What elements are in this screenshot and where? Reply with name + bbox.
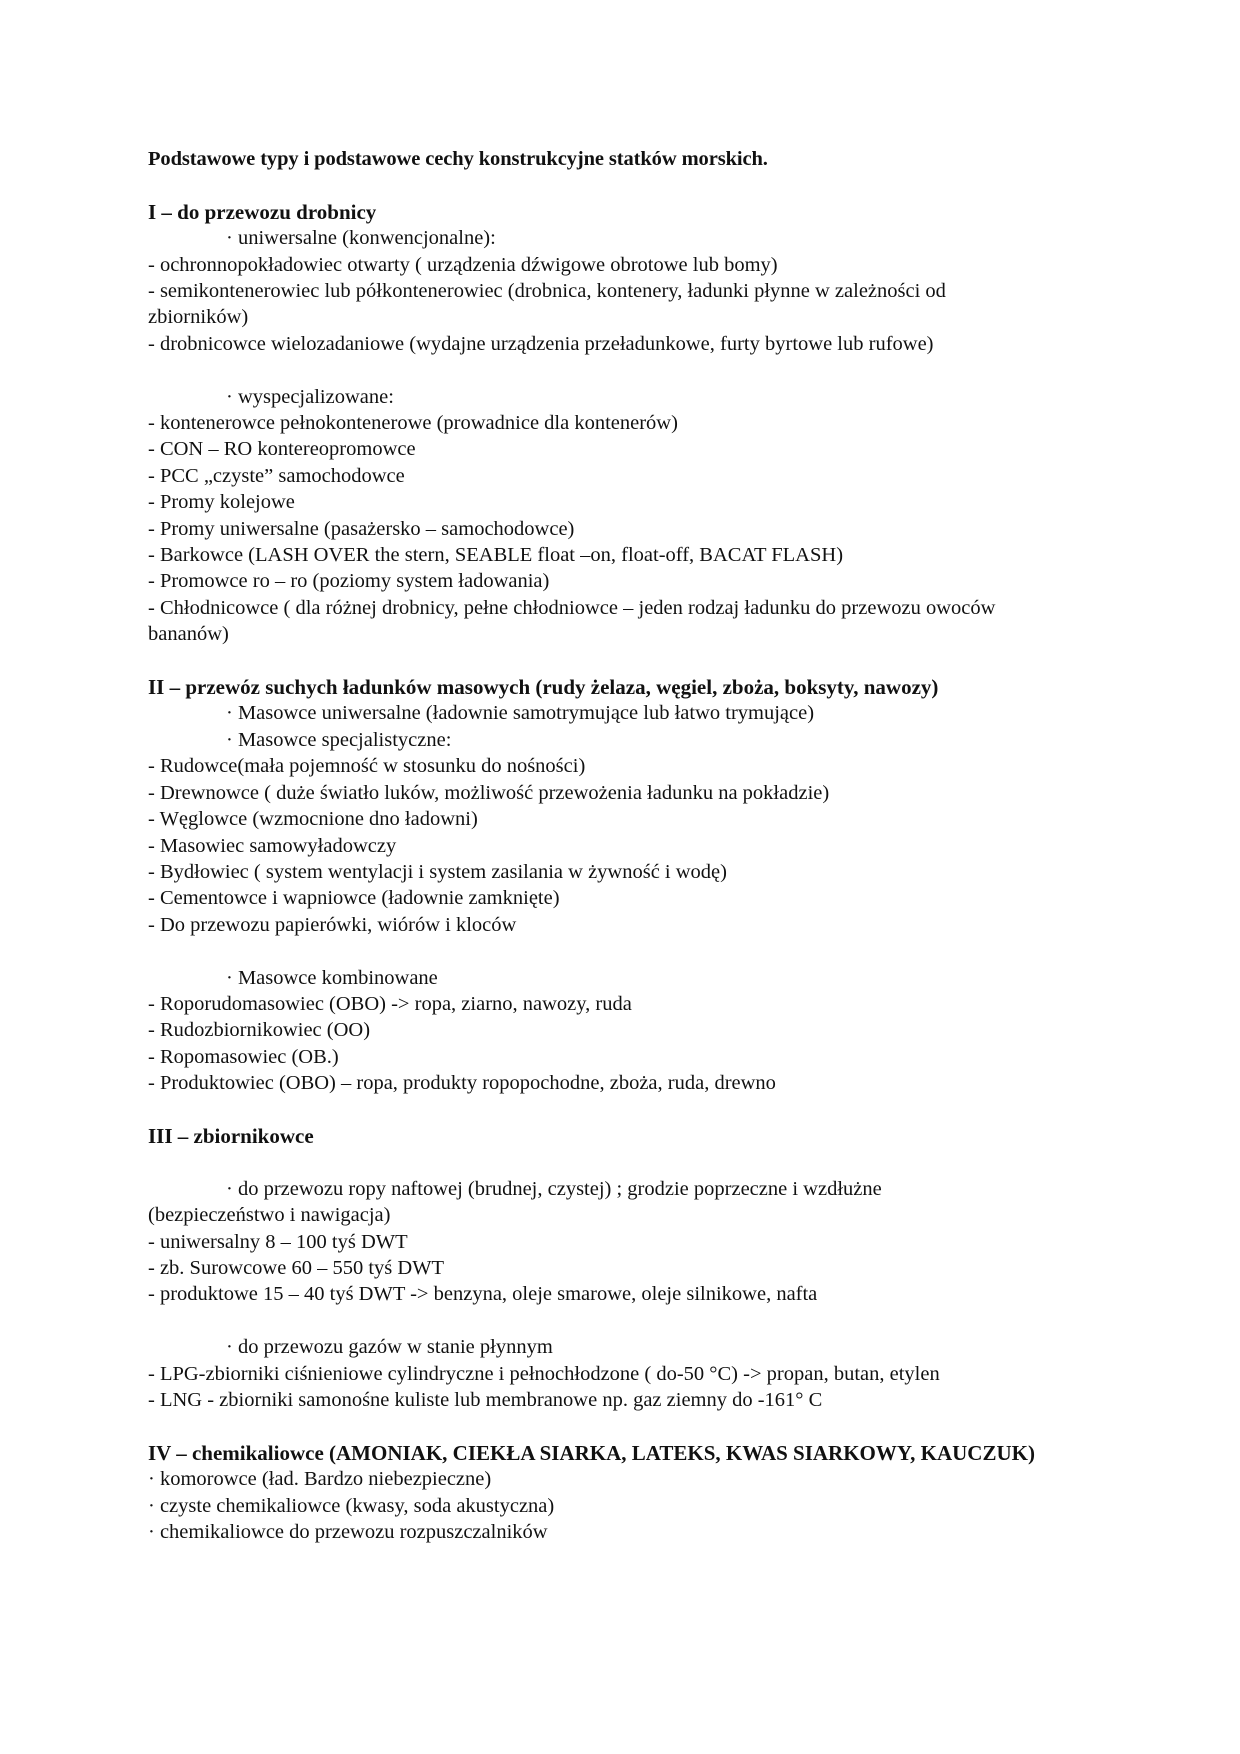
spacer	[148, 172, 1048, 198]
section-2: II – przewóz suchych ładunków masowych (…	[148, 674, 1048, 1123]
list-item: - Cementowce i wapniowce (ładownie zamkn…	[148, 885, 1048, 911]
list-item: - ochronnopokładowiec otwarty ( urządzen…	[148, 252, 1048, 278]
list-item: - Drewnowce ( duże światło luków, możliw…	[148, 780, 1048, 806]
list-item: · komorowce (ład. Bardzo niebezpieczne)	[148, 1466, 1048, 1492]
list-item: - Promowce ro – ro (poziomy system ładow…	[148, 568, 1048, 594]
list-item: - PCC „czyste” samochodowce	[148, 463, 1048, 489]
subcategory-label: · uniwersalne (konwencjonalne):	[148, 225, 1048, 251]
list-item: - Produktowiec (OBO) – ropa, produkty ro…	[148, 1070, 1048, 1096]
list-item: - Rudowce(mała pojemność w stosunku do n…	[148, 753, 1048, 779]
document-title: Podstawowe typy i podstawowe cechy konst…	[148, 146, 1048, 172]
list-item: - Promy uniwersalne (pasażersko – samoch…	[148, 516, 1048, 542]
list-item: - Bydłowiec ( system wentylacji i system…	[148, 859, 1048, 885]
list-item: - Chłodnicowce ( dla różnej drobnicy, pe…	[148, 595, 1048, 648]
spacer	[148, 1308, 1048, 1334]
spacer	[148, 648, 1048, 674]
list-item: · chemikaliowce do przewozu rozpuszczaln…	[148, 1519, 1048, 1545]
list-item: - semikontenerowiec lub półkontenerowiec…	[148, 278, 1048, 331]
subcategory-label: · Masowce specjalistyczne:	[148, 727, 1048, 753]
list-item: - Ropomasowiec (OB.)	[148, 1044, 1048, 1070]
section-3: III – zbiornikowce· do przewozu ropy naf…	[148, 1123, 1048, 1440]
section-4: IV – chemikaliowce (AMONIAK, CIEKŁA SIAR…	[148, 1440, 1048, 1546]
list-item: - Masowiec samowyładowczy	[148, 833, 1048, 859]
section-heading: I – do przewozu drobnicy	[148, 199, 1048, 225]
document-page: Podstawowe typy i podstawowe cechy konst…	[148, 146, 1048, 1545]
list-item: - CON – RO kontereopromowce	[148, 436, 1048, 462]
list-item: - Roporudomasowiec (OBO) -> ropa, ziarno…	[148, 991, 1048, 1017]
list-item: - Do przewozu papierówki, wiórów i klocó…	[148, 912, 1048, 938]
list-item: - LPG-zbiorniki ciśnieniowe cylindryczne…	[148, 1361, 1048, 1387]
spacer	[148, 357, 1048, 383]
section-heading: IV – chemikaliowce (AMONIAK, CIEKŁA SIAR…	[148, 1440, 1048, 1466]
subcategory-label: · wyspecjalizowane:	[148, 384, 1048, 410]
subcategory-label: · Masowce kombinowane	[148, 965, 1048, 991]
list-item: · czyste chemikaliowce (kwasy, soda akus…	[148, 1493, 1048, 1519]
spacer	[148, 1149, 1048, 1175]
spacer	[148, 938, 1048, 964]
subcategory-label: · Masowce uniwersalne (ładownie samotrym…	[148, 700, 1048, 726]
document-body: I – do przewozu drobnicy· uniwersalne (k…	[148, 199, 1048, 1546]
list-item: - Węglowce (wzmocnione dno ładowni)	[148, 806, 1048, 832]
spacer	[148, 1097, 1048, 1123]
list-item: - Rudozbiornikowiec (OO)	[148, 1017, 1048, 1043]
list-item: - zb. Surowcowe 60 – 550 tyś DWT	[148, 1255, 1048, 1281]
list-item: - Barkowce (LASH OVER the stern, SEABLE …	[148, 542, 1048, 568]
list-item: - LNG - zbiorniki samonośne kuliste lub …	[148, 1387, 1048, 1413]
spacer	[148, 1413, 1048, 1439]
list-item: - kontenerowce pełnokontenerowe (prowadn…	[148, 410, 1048, 436]
subcategory-label: · do przewozu ropy naftowej (brudnej, cz…	[148, 1176, 1048, 1202]
list-item: (bezpieczeństwo i nawigacja)	[148, 1202, 1048, 1228]
list-item: - uniwersalny 8 – 100 tyś DWT	[148, 1229, 1048, 1255]
list-item: - produktowe 15 – 40 tyś DWT -> benzyna,…	[148, 1281, 1048, 1307]
section-1: I – do przewozu drobnicy· uniwersalne (k…	[148, 199, 1048, 674]
subcategory-label: · do przewozu gazów w stanie płynnym	[148, 1334, 1048, 1360]
list-item: - drobnicowce wielozadaniowe (wydajne ur…	[148, 331, 1048, 357]
section-heading: III – zbiornikowce	[148, 1123, 1048, 1149]
list-item: - Promy kolejowe	[148, 489, 1048, 515]
section-heading: II – przewóz suchych ładunków masowych (…	[148, 674, 1048, 700]
